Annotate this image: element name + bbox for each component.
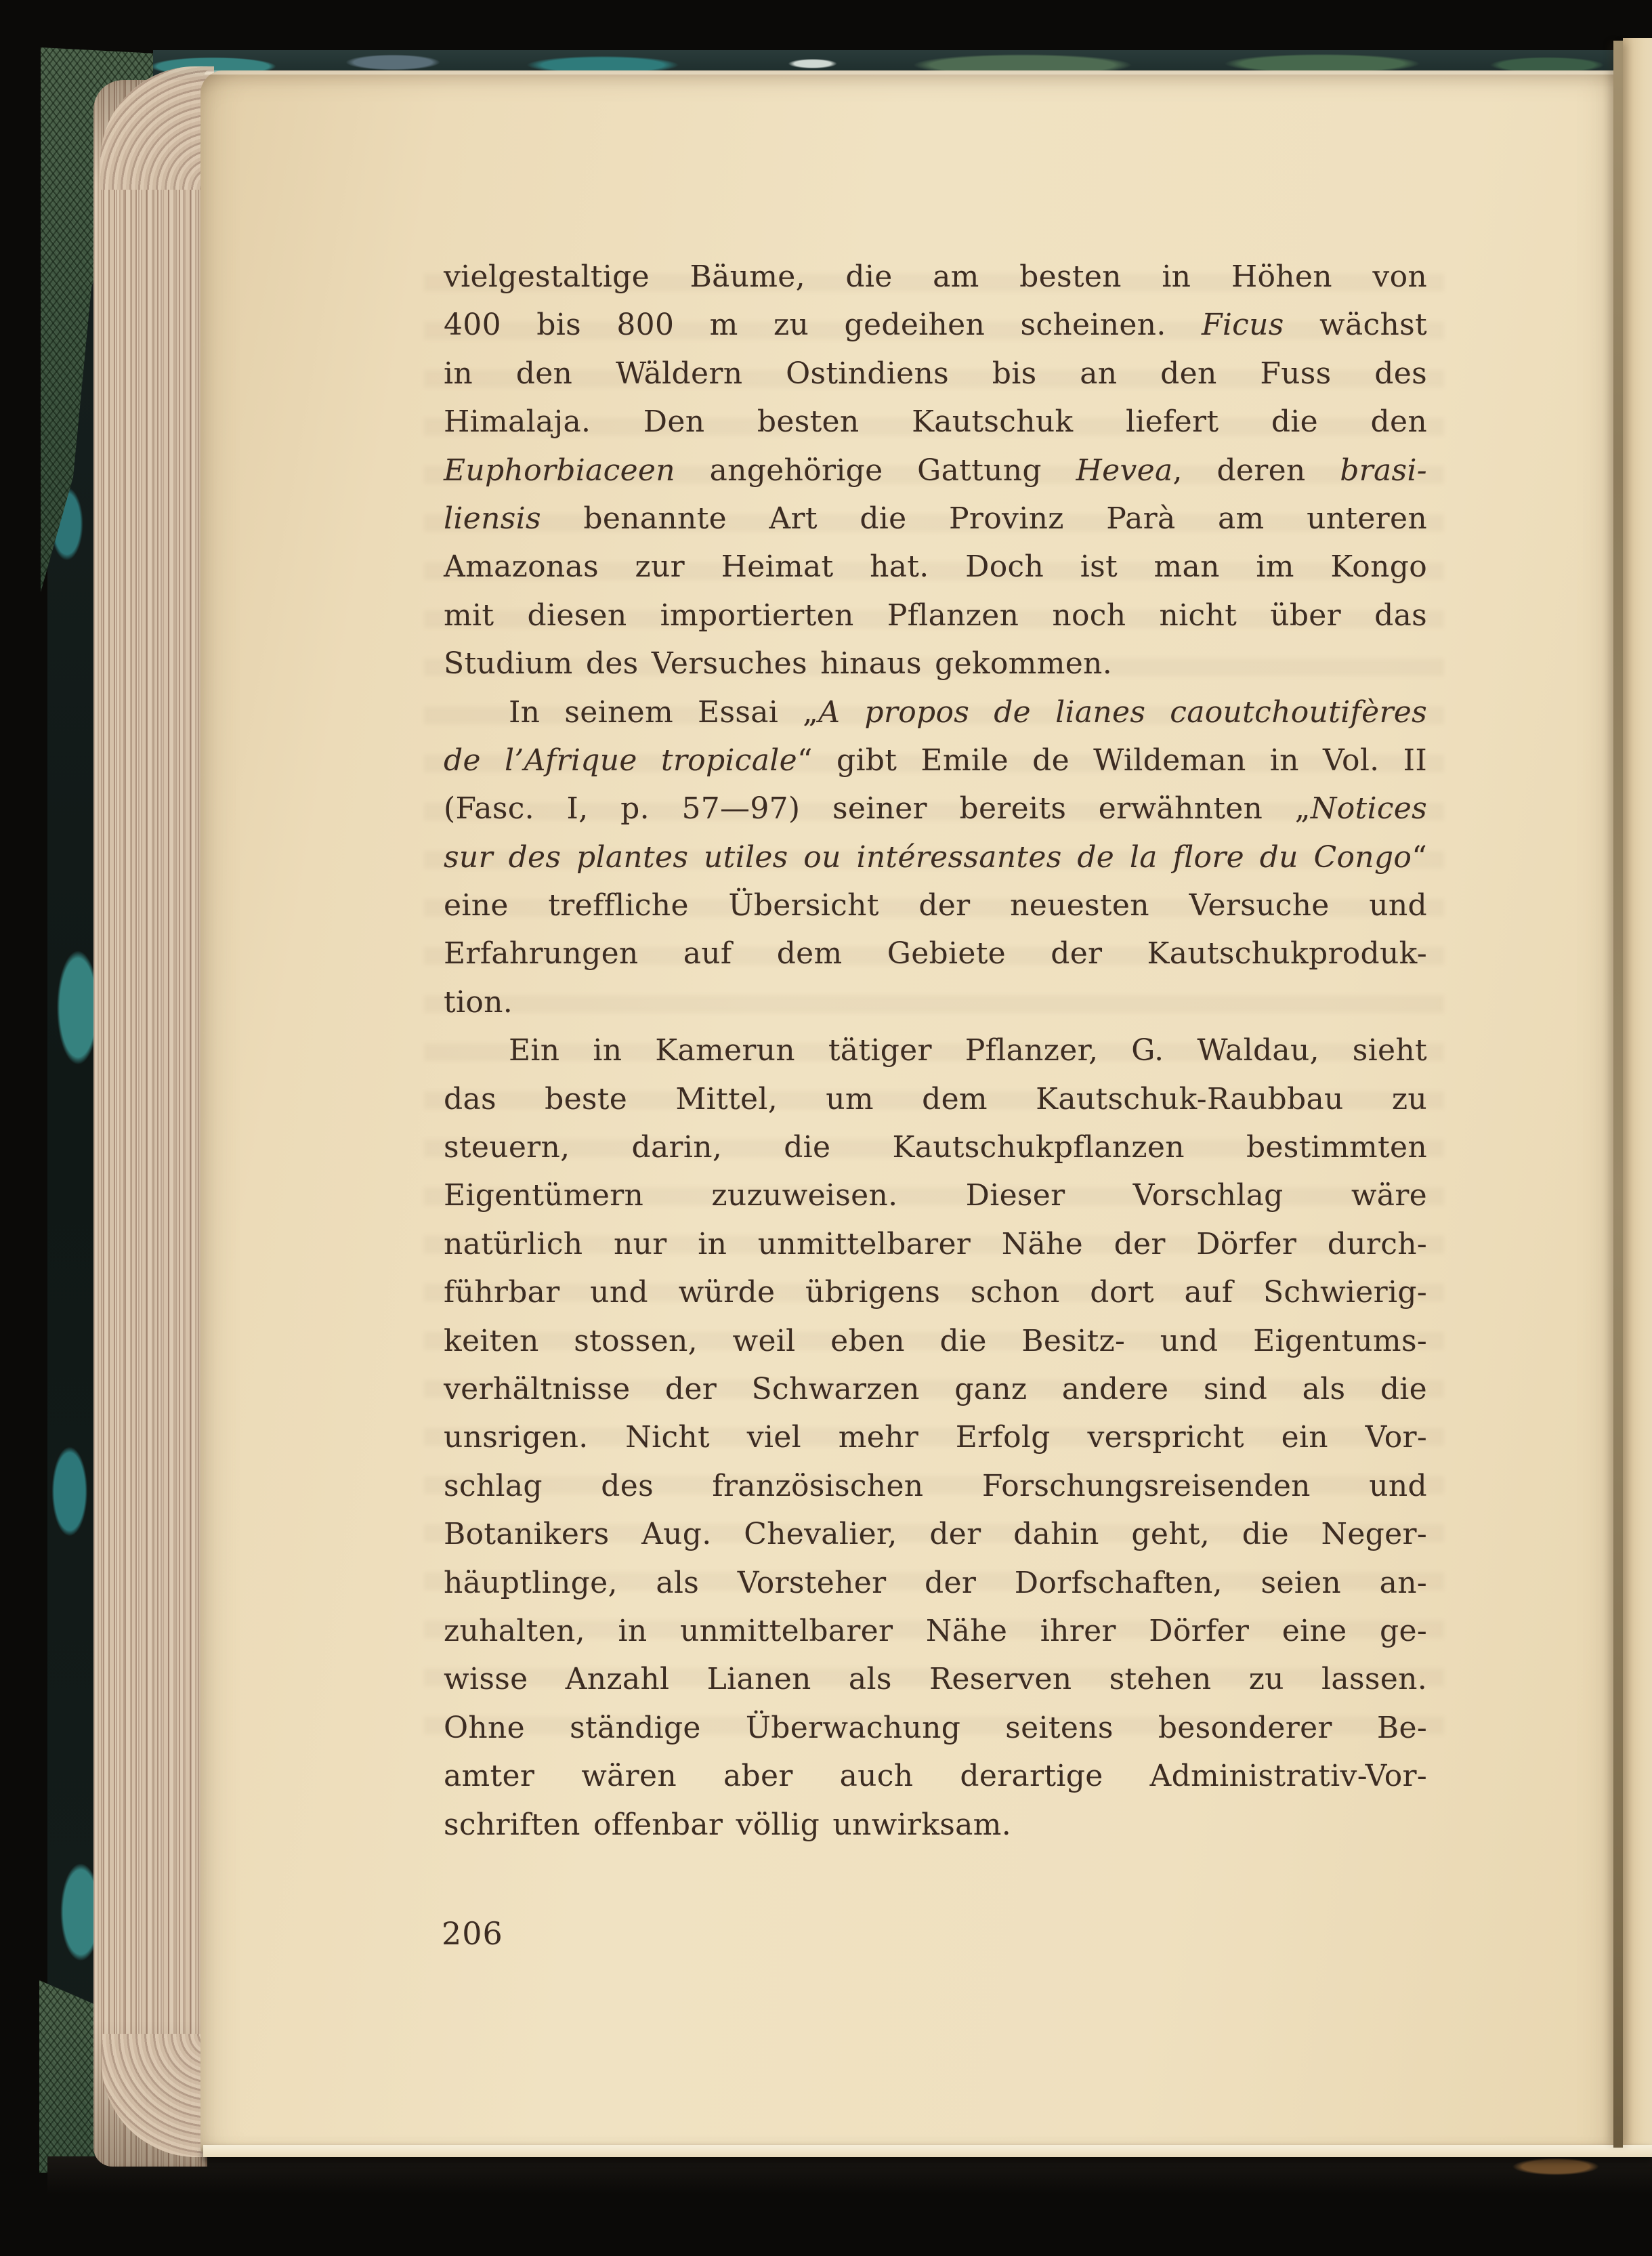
page-bottom-edge-highlight xyxy=(203,2145,1652,2157)
text-line: Ein in Kamerun tätiger Pflanzer, G. Wald… xyxy=(444,1026,1427,1074)
text-line: Botanikers Aug. Chevalier, der dahin geh… xyxy=(444,1510,1427,1558)
text-line: Erfahrungen auf dem Gebiete der Kautschu… xyxy=(444,929,1427,978)
text-line: unsrigen. Nicht viel mehr Erfolg verspri… xyxy=(444,1413,1427,1461)
book-gutter xyxy=(1613,41,1623,2148)
text-segment: unsrigen. Nicht viel mehr Erfolg verspri… xyxy=(444,1420,1427,1455)
text-segment: Euphorbiaceen xyxy=(444,453,675,488)
text-line: führbar und würde übrigens schon dort au… xyxy=(444,1268,1427,1316)
text-segment: vielgestaltige Bäume, die am besten in H… xyxy=(444,259,1427,294)
text-line: sur des plantes utiles ou intéressantes … xyxy=(444,833,1427,881)
text-line: keiten stossen, weil eben die Besitz- un… xyxy=(444,1317,1427,1365)
text-line: schlag des französischen Forschungsreise… xyxy=(444,1462,1427,1510)
text-segment: Notices xyxy=(1311,791,1427,826)
text-segment: brasi- xyxy=(1340,453,1427,488)
text-line: wisse Anzahl Lianen als Reserven stehen … xyxy=(444,1655,1427,1703)
book-page-photo: vielgestaltige Bäume, die am besten in H… xyxy=(0,0,1652,2256)
text-line: vielgestaltige Bäume, die am besten in H… xyxy=(444,253,1427,301)
text-segment: Ohne ständige Überwachung seitens besond… xyxy=(444,1711,1427,1745)
text-segment: “ gibt Emile de Wildeman in Vol. II xyxy=(797,743,1427,778)
page-number: 206 xyxy=(442,1913,503,1954)
text-block: vielgestaltige Bäume, die am besten in H… xyxy=(444,253,1427,1849)
text-segment: mit diesen importierten Pflanzen noch ni… xyxy=(444,598,1427,633)
text-segment: wächst xyxy=(1284,308,1427,342)
text-line: de l’Afrique tropicale“ gibt Emile de Wi… xyxy=(444,736,1427,785)
text-line: das beste Mittel, um dem Kautschuk-Raubb… xyxy=(444,1075,1427,1123)
text-segment: “ xyxy=(1412,840,1427,875)
text-segment: häuptlinge, als Vorsteher der Dorfschaft… xyxy=(444,1566,1427,1600)
text-segment: schriften offenbar völlig unwirksam. xyxy=(444,1808,1011,1842)
text-segment: das beste Mittel, um dem Kautschuk-Raubb… xyxy=(444,1082,1427,1116)
book-cover-bottom-edge xyxy=(47,2156,1652,2207)
text-segment: (Fasc. I, p. 57—97) seiner bereits erwäh… xyxy=(444,791,1311,826)
text-segment: benannte Art die Provinz Parà am unteren xyxy=(541,501,1427,536)
text-line: amter wären aber auch derartige Administ… xyxy=(444,1752,1427,1800)
text-segment: wisse Anzahl Lianen als Reserven stehen … xyxy=(444,1662,1427,1696)
text-segment: amter wären aber auch derartige Administ… xyxy=(444,1759,1427,1793)
text-segment: sur des plantes utiles ou intéressantes … xyxy=(444,840,1412,875)
text-segment: de l’Afrique tropicale xyxy=(444,743,797,778)
text-segment: 400 bis 800 m zu gedeihen scheinen. xyxy=(444,308,1202,342)
text-segment: angehörige Gattung xyxy=(675,453,1076,488)
text-segment: in den Wäldern Ostindiens bis an den Fus… xyxy=(444,356,1427,391)
text-segment: Ein in Kamerun tätiger Pflanzer, G. Wald… xyxy=(509,1033,1427,1068)
text-segment: Ficus xyxy=(1202,308,1284,342)
text-segment: Botanikers Aug. Chevalier, der dahin geh… xyxy=(444,1517,1427,1551)
text-segment: schlag des französischen Forschungsreise… xyxy=(444,1469,1427,1503)
text-line: in den Wäldern Ostindiens bis an den Fus… xyxy=(444,350,1427,398)
text-line: 400 bis 800 m zu gedeihen scheinen. Ficu… xyxy=(444,301,1427,349)
text-segment: Erfahrungen auf dem Gebiete der Kautschu… xyxy=(444,936,1427,971)
text-line: schriften offenbar völlig unwirksam. xyxy=(444,1801,1427,1849)
facing-page-sliver xyxy=(1623,38,1652,2146)
text-line: Amazonas zur Heimat hat. Doch ist man im… xyxy=(444,543,1427,591)
text-line: Ohne ständige Überwachung seitens besond… xyxy=(444,1704,1427,1752)
text-line: häuptlinge, als Vorsteher der Dorfschaft… xyxy=(444,1559,1427,1607)
text-line: Euphorbiaceen angehörige Gattung Hevea, … xyxy=(444,446,1427,495)
text-line: tion. xyxy=(444,978,1427,1026)
text-line: In seinem Essai „A propos de lianes caou… xyxy=(444,688,1427,736)
text-line: liensis benannte Art die Provinz Parà am… xyxy=(444,495,1427,543)
text-line: natürlich nur in unmittelbarer Nähe der … xyxy=(444,1220,1427,1268)
text-segment: zuhalten, in unmittelbarer Nähe ihrer Dö… xyxy=(444,1614,1427,1648)
text-segment: Amazonas zur Heimat hat. Doch ist man im… xyxy=(444,549,1427,584)
text-segment: verhältnisse der Schwarzen ganz andere s… xyxy=(444,1372,1427,1406)
text-segment: , deren xyxy=(1173,453,1340,488)
text-segment: Studium des Versuches hinaus gekommen. xyxy=(444,646,1112,681)
page-edge-stack xyxy=(93,80,207,2167)
text-segment: Eigentümern zuzuweisen. Dieser Vorschlag… xyxy=(444,1178,1427,1213)
text-segment: Himalaja. Den besten Kautschuk liefert d… xyxy=(444,404,1427,439)
text-segment: tion. xyxy=(444,985,513,1020)
text-line: zuhalten, in unmittelbarer Nähe ihrer Dö… xyxy=(444,1607,1427,1655)
text-segment: A propos de lianes caoutchoutifères xyxy=(818,695,1427,730)
text-segment: Hevea xyxy=(1076,453,1172,488)
text-line: (Fasc. I, p. 57—97) seiner bereits erwäh… xyxy=(444,785,1427,833)
text-segment: steuern, darin, die Kautschukpflanzen be… xyxy=(444,1130,1427,1165)
text-line: eine treffliche Übersicht der neuesten V… xyxy=(444,881,1427,929)
text-segment: In seinem Essai „ xyxy=(509,695,818,730)
text-line: Himalaja. Den besten Kautschuk liefert d… xyxy=(444,398,1427,446)
text-segment: keiten stossen, weil eben die Besitz- un… xyxy=(444,1324,1427,1358)
text-line: mit diesen importierten Pflanzen noch ni… xyxy=(444,591,1427,640)
text-segment: liensis xyxy=(444,501,541,536)
text-line: Studium des Versuches hinaus gekommen. xyxy=(444,640,1427,688)
text-line: Eigentümern zuzuweisen. Dieser Vorschlag… xyxy=(444,1171,1427,1219)
text-segment: eine treffliche Übersicht der neuesten V… xyxy=(444,888,1427,923)
text-segment: natürlich nur in unmittelbarer Nähe der … xyxy=(444,1227,1427,1261)
text-line: verhältnisse der Schwarzen ganz andere s… xyxy=(444,1365,1427,1413)
text-line: steuern, darin, die Kautschukpflanzen be… xyxy=(444,1123,1427,1171)
text-segment: führbar und würde übrigens schon dort au… xyxy=(444,1275,1427,1310)
